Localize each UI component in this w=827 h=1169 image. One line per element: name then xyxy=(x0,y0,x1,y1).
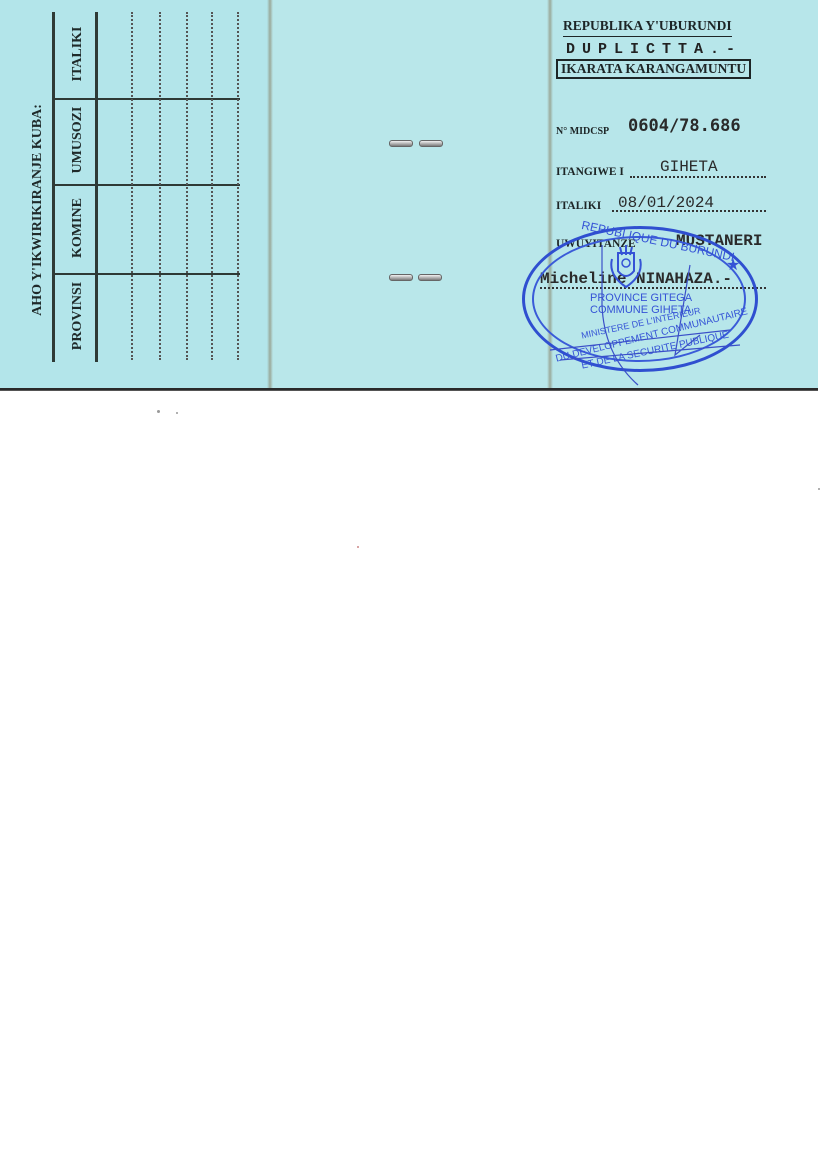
field-dotted-line xyxy=(630,176,766,178)
signature xyxy=(540,235,760,390)
registration-table-title: AHO Y'IKWIRIKIRANJE KUBA: xyxy=(30,65,46,355)
table-border xyxy=(95,12,98,362)
fold-crease xyxy=(267,0,273,388)
scan-speck xyxy=(818,488,820,490)
middle-panel-blank xyxy=(270,0,550,388)
card-title: IKARATA KARANGAMUNTU xyxy=(556,59,751,79)
table-row-dotted xyxy=(237,12,239,360)
id-card: AHO Y'IKWIRIKIRANJE KUBA: PROVINSI KOMIN… xyxy=(0,0,818,390)
field-value-italiki: 08/01/2024 xyxy=(618,194,714,212)
field-value-midcsp: 0604/78.686 xyxy=(628,116,741,136)
field-label-italiki: ITALIKI xyxy=(556,200,601,212)
duplicate-mark: DUPLICTTA.- xyxy=(566,41,742,58)
staple-icon xyxy=(419,140,443,147)
column-header-italiki: ITALIKI xyxy=(70,12,86,96)
table-border xyxy=(52,12,55,362)
column-header-umusozi: UMUSOZI xyxy=(70,97,86,183)
table-row-dotted xyxy=(211,12,213,360)
table-row-dotted xyxy=(131,12,133,360)
republic-heading: REPUBLIKA Y'UBURUNDI xyxy=(563,18,732,37)
field-value-itangiwe: GIHETA xyxy=(660,158,718,176)
column-header-komine: KOMINE xyxy=(70,185,86,271)
staple-icon xyxy=(389,274,413,281)
scan-speck xyxy=(157,410,160,413)
scan-speck xyxy=(176,412,178,414)
field-label-itangiwe: ITANGIWE I xyxy=(556,166,624,178)
scan-speck xyxy=(357,546,359,548)
staple-icon xyxy=(389,140,413,147)
table-row-dotted xyxy=(186,12,188,360)
column-header-provinsi: PROVINSI xyxy=(70,275,86,357)
table-row-dotted xyxy=(159,12,161,360)
field-label-midcsp: N° MIDCSP xyxy=(556,126,609,137)
staple-icon xyxy=(418,274,442,281)
